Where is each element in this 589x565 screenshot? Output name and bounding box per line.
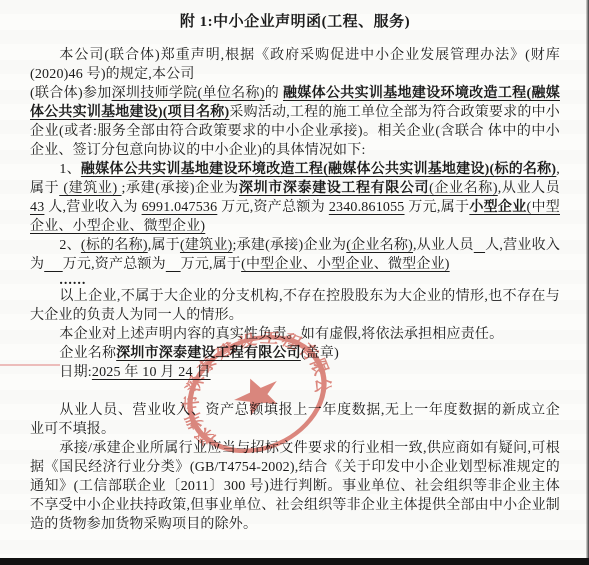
text-run: 人,营业收入为 (44, 200, 141, 215)
text-run: 深圳市深泰建设工程有限公司 (116, 346, 301, 361)
para-company-name: 企业名称深圳市深泰建设工程有限公司(盖章) (30, 344, 560, 363)
para-declaration-2: 本企业对上述声明内容的真实性负责。如有虚假,将依法承担相应责任。 (30, 325, 560, 344)
text-run: 日期: (59, 365, 92, 380)
text-run: 万元,资产总额为 (217, 200, 329, 215)
text-run: (企业名称) (346, 238, 413, 253)
text-run: 的 (265, 86, 283, 101)
text-run (166, 257, 181, 272)
text-run: ...... (59, 273, 86, 288)
text-run (44, 257, 63, 272)
para-item-2: 2、(标的名称),属于(建筑业);承建(承接)企业为(企业名称),从业人员 人,… (30, 236, 560, 274)
text-run: 深圳技师学院(单位名称) (112, 86, 265, 101)
text-run: (标的名称) (81, 238, 148, 253)
scan-pink-line-artifact (0, 364, 60, 366)
text-run: (联合体)参加 (30, 86, 112, 101)
text-run: 2340.861055 (329, 200, 405, 215)
text-run: ;承建(承接)企业为 (233, 238, 347, 253)
text-run: ,属于 (148, 238, 180, 253)
text-run: 43 (30, 200, 44, 215)
text-run: 融媒体公共实训基地建设环境改造工程(融媒体公共实训基地建设)(标的名称) (81, 162, 556, 177)
para-declaration-1: 以上企业,不属于大企业的分支机构,不存在控股股东为大企业的情形,也不存在与大企业… (30, 287, 560, 325)
doc-title: 附 1:中小企业声明函(工程、服务) (30, 12, 560, 32)
text-run: 6991.047536 (142, 200, 218, 215)
document-page: 附 1:中小企业声明函(工程、服务)本公司(联合体)郑重声明,根据《政府采购促进… (0, 0, 589, 565)
text-run: (建筑业) (59, 181, 121, 196)
text-run: 本公司(联合体)郑重声明,根据《政府采购促进中小企业发展管理办法》(财库(202… (30, 48, 560, 82)
para-note-1: 从业人员、营业收入、资产总额填报上一年度数据,无上一年度数据的新成立企业可不填报… (30, 401, 560, 439)
text-run: 万元,属于 (405, 200, 470, 215)
text-run (474, 238, 485, 253)
para-note-2: 承接/承建企业所属行业应当与招标文件要求的行业相一致,供应商如有疑问,可根据《国… (30, 439, 560, 534)
para-intro: 本公司(联合体)郑重声明,根据《政府采购促进中小企业发展管理办法》(财库(202… (30, 46, 560, 84)
text-run: 附 1:中小企业声明函(工程、服务) (180, 14, 410, 30)
text-run: 1、 (59, 162, 81, 177)
text-run: 本企业对上述声明内容的真实性负责。如有虚假,将依法承担相应责任。 (59, 327, 503, 342)
para-project: (联合体)参加深圳技师学院(单位名称)的 融媒体公共实训基地建设环境改造工程(融… (30, 84, 560, 160)
text-run: 深圳市深泰建设工程有限公司 (239, 181, 429, 196)
text-run: 2025 年 10 月 24 日 (92, 365, 211, 380)
text-run: (企业名称) (429, 181, 498, 196)
text-run: 从业人员、营业收入、资产总额填报上一年度数据,无上一年度数据的新成立企业可不填报… (30, 403, 560, 437)
text-run: 2、 (59, 238, 81, 253)
text-run: 万元,属于 (181, 257, 242, 272)
document-body: 附 1:中小企业声明函(工程、服务)本公司(联合体)郑重声明,根据《政府采购促进… (30, 12, 560, 534)
text-run: (盖章) (301, 346, 339, 361)
text-run: ,从业人员 (413, 238, 474, 253)
text-run: (建筑业) (180, 238, 233, 253)
para-item-1: 1、融媒体公共实训基地建设环境改造工程(融媒体公共实训基地建设)(标的名称),属… (30, 160, 560, 236)
para-ellipsis: ...... (30, 274, 560, 287)
text-run: (中型企业、小型企业、微型企业) (241, 257, 450, 272)
para-date: 日期:2025 年 10 月 24 日 (30, 363, 560, 382)
text-run: 万元,资产总额为 (63, 257, 166, 272)
text-run: 小型企业 (469, 200, 526, 215)
text-run: ,从业人员 (498, 181, 560, 196)
scan-bottom-bar-artifact (0, 558, 589, 565)
text-run: 承接/承建企业所属行业应当与招标文件要求的行业相一致,供应商如有疑问,可根据《国… (30, 441, 560, 532)
text-run: ;承建(承接)企业为 (122, 181, 239, 196)
text-run: 以上企业,不属于大企业的分支机构,不存在控股股东为大企业的情形,也不存在与大企业… (30, 289, 560, 323)
text-run: 企业名称 (59, 346, 116, 361)
